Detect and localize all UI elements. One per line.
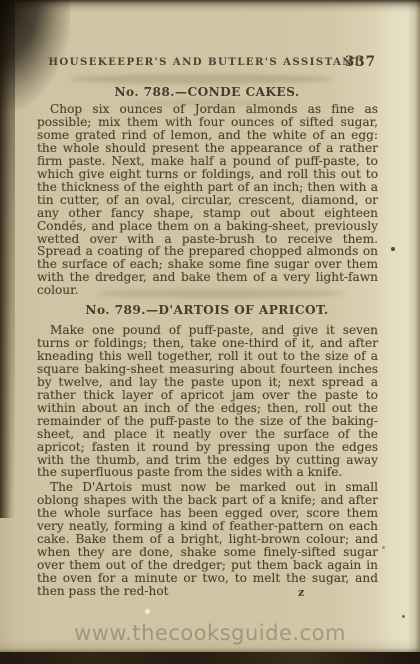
paper-speck (402, 615, 405, 618)
recipe-788-paragraph: Chop six ounces of Jordan almonds as fin… (37, 103, 378, 297)
scanned-book-page: HOUSEKEEPER'S AND BUTLER'S ASSISTANT. 33… (0, 0, 420, 664)
scan-bottom-border (0, 652, 420, 664)
recipe-789-paragraph-1: Make one pound of puff-paste, and give i… (37, 324, 378, 479)
recipe-789-paragraph-2: The D'Artois must now be marked out in s… (37, 481, 378, 598)
show-through-smudge (70, 74, 332, 84)
running-header-title: HOUSEKEEPER'S AND BUTLER'S ASSISTANT. (36, 56, 378, 71)
recipe-heading-789: No. 789.—D'ARTOIS OF APRICOT. (36, 303, 378, 317)
paper-speck (145, 609, 150, 614)
watermark-text: www.thecooksguide.com (0, 621, 420, 645)
paper-speck (391, 247, 395, 251)
recipe-heading-788: No. 788.—CONDE CAKES. (36, 85, 378, 99)
paper-speck (382, 546, 385, 549)
page-number: 337 (345, 54, 376, 70)
printers-signature-mark: z (298, 586, 304, 599)
